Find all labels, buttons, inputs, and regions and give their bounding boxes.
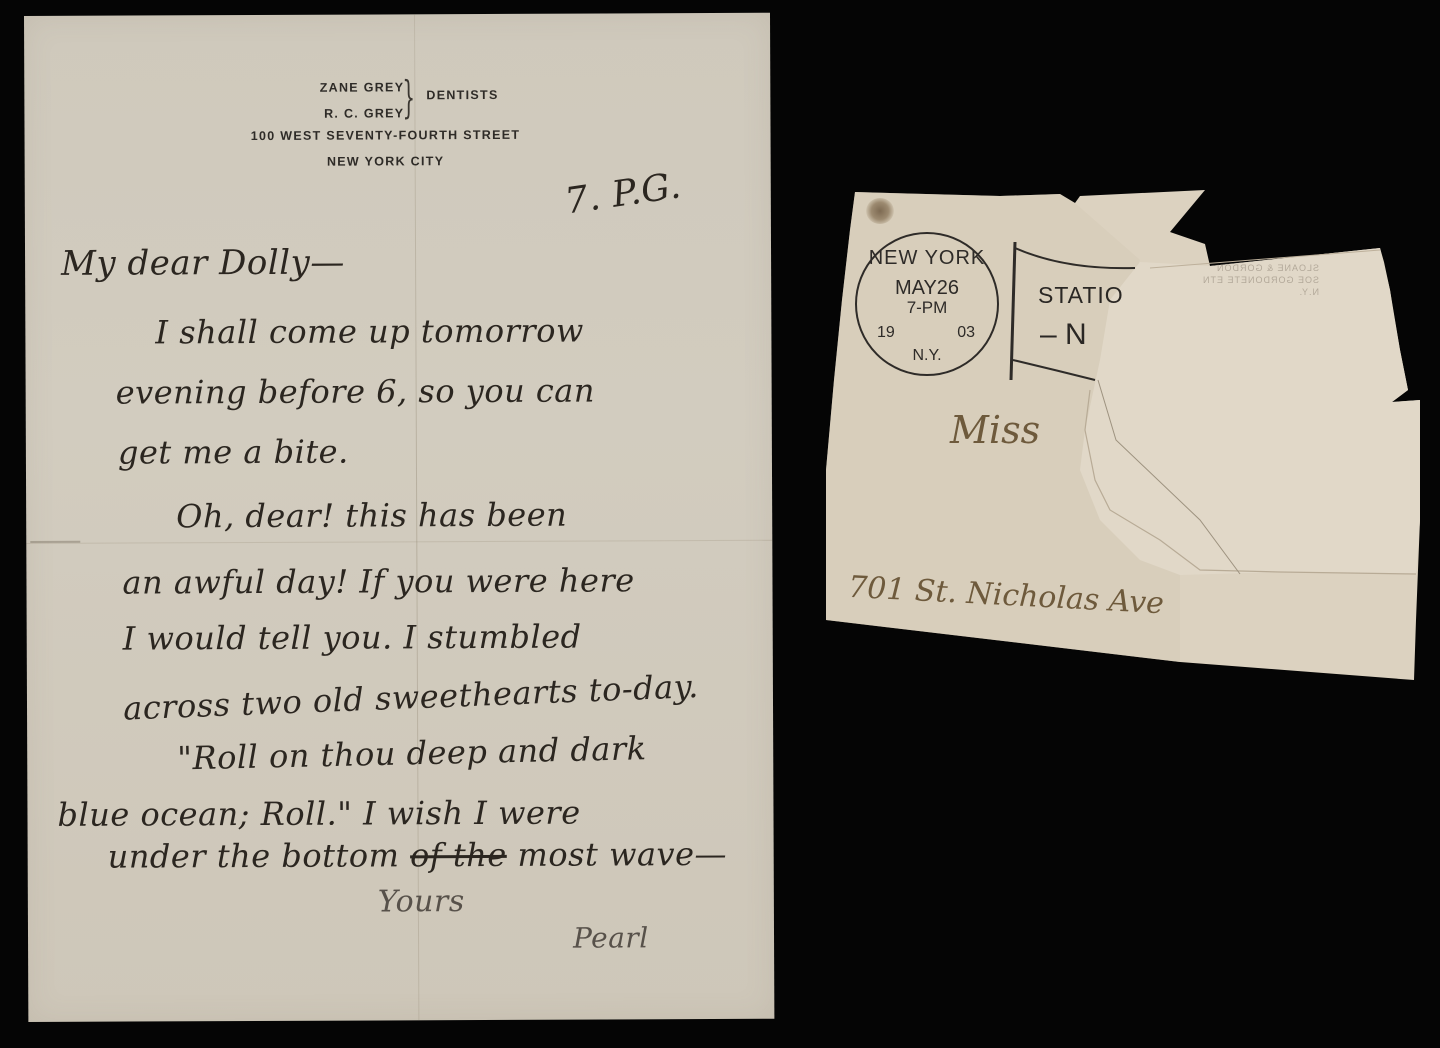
torn-envelope: NEW YORK MAY26 7-PM 19 03 N.Y. STATIO – … [0, 0, 1440, 1048]
stain-mark [866, 198, 894, 224]
scene: ZANE GREY R. C. GREY } DENTISTS 100 WEST… [0, 0, 1440, 1048]
postmark-city: NEW YORK [857, 248, 997, 268]
flag-cancel-subtext: – N [1040, 318, 1087, 352]
flag-cancel-text: STATIO [1038, 282, 1124, 309]
return-address-mirrored: SLOANE & GORDON SOE GORDONETE ETN N.Y. [1202, 262, 1319, 298]
return-address-line: SLOANE & GORDON [1202, 262, 1319, 274]
postmark-date: MAY26 [857, 278, 997, 298]
return-address-line: SOE GORDONETE ETN [1202, 274, 1319, 286]
envelope-paper [0, 0, 1440, 1048]
postmark-year-right: 03 [957, 324, 975, 342]
envelope-addressee: Miss [950, 408, 1040, 452]
postmark-time: 7-PM [857, 298, 997, 318]
postmark: NEW YORK MAY26 7-PM 19 03 N.Y. [855, 232, 999, 376]
postmark-year-left: 19 [877, 324, 895, 342]
return-address-line: N.Y. [1202, 286, 1319, 298]
postmark-state: N.Y. [857, 346, 997, 366]
flag-cancel-icon [1005, 240, 1145, 390]
